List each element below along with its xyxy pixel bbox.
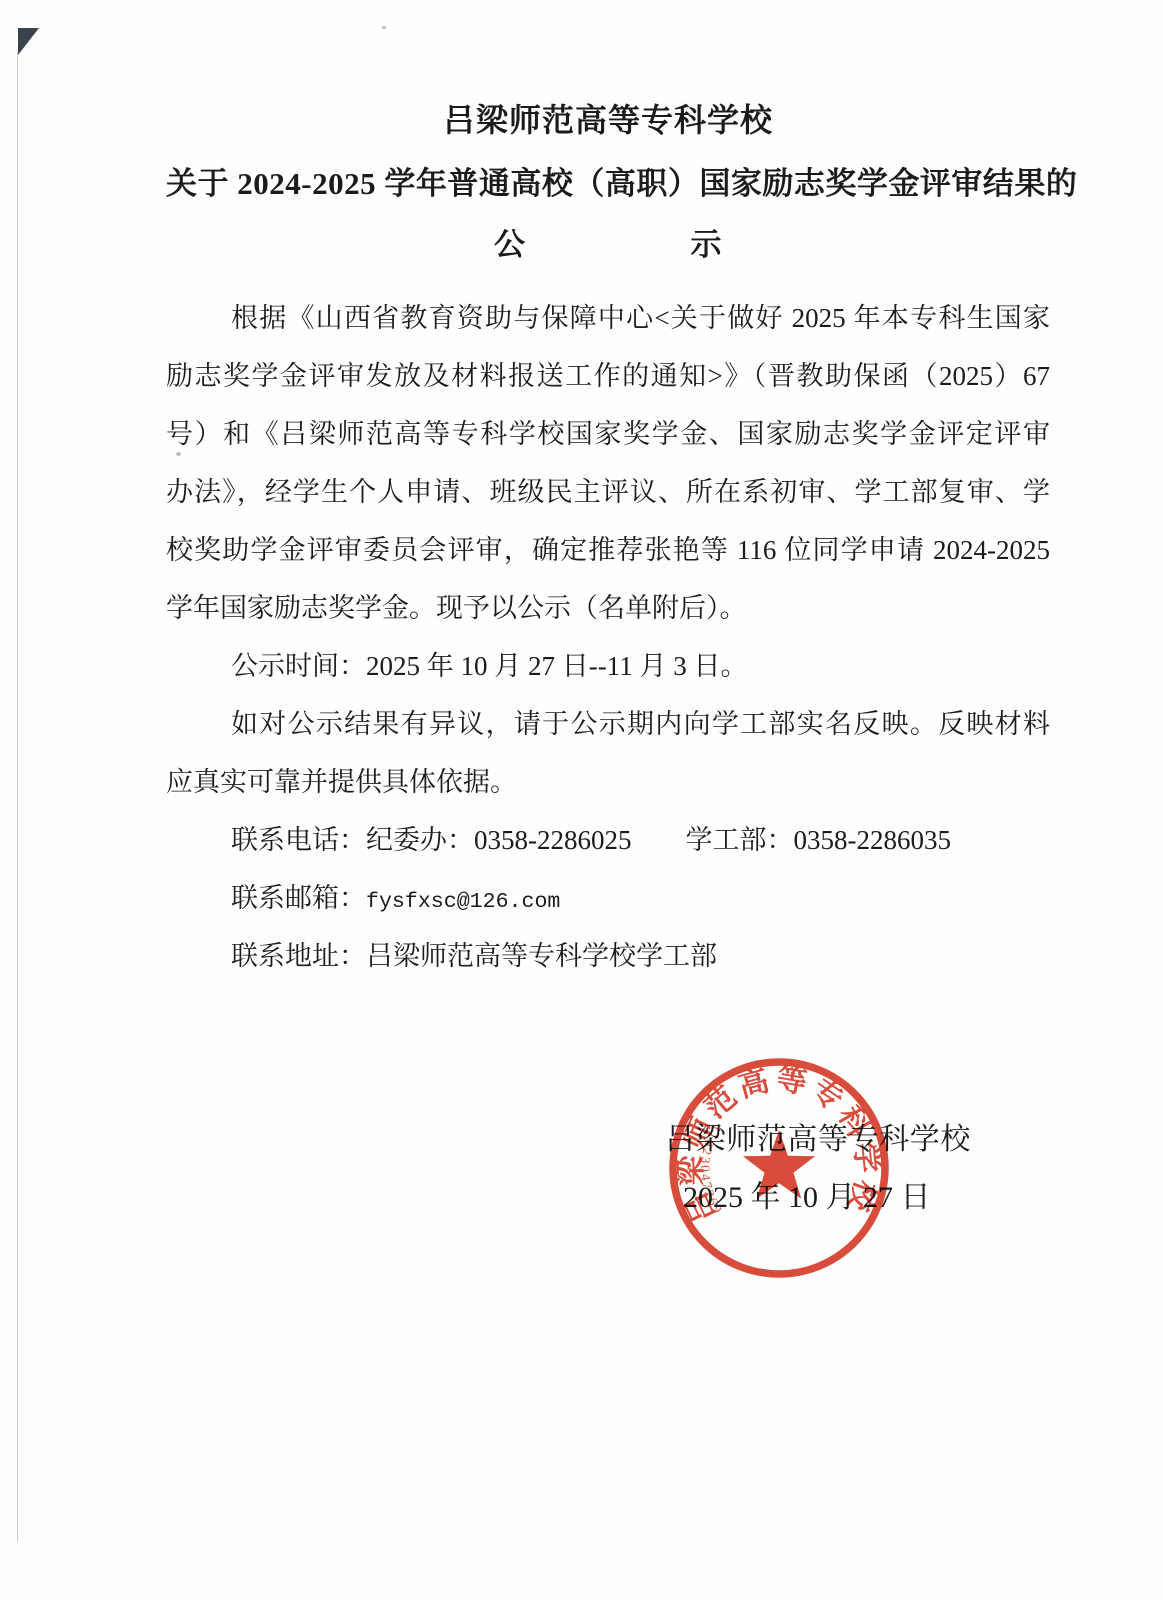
doc-title-gongshi-right: 示 (691, 227, 723, 262)
scan-speck (176, 452, 181, 456)
document-line: 如对公示结果有异议，请于公示期内向学工部实名反映。反映材料 (166, 707, 1050, 741)
document-line: 联系地址：吕梁师范高等专科学校学工部 (166, 939, 1050, 973)
doc-title-gongshi-left: 公 (494, 227, 526, 262)
document-line: 励志奖学金评审发放及材料报送工作的通知>》（晋教助保函（2025）67 (166, 359, 1050, 393)
document-line: 办法》，经学生个人申请、班级民主评议、所在系初审、学工部复审、学 (166, 475, 1050, 509)
doc-title-gongshi: 公示 (166, 223, 1050, 267)
scan-speck (382, 26, 386, 29)
seal-star (743, 1130, 815, 1199)
document-line: 校奖助学金评审委员会评审，确定推荐张艳等 116 位同学申请 2024-2025 (166, 533, 1050, 567)
document-line: 应真实可靠并提供具体依据。 (166, 765, 1050, 799)
document-line: 联系邮箱：fysfxsc@126.com (166, 881, 1050, 915)
scan-corner-mark (18, 28, 39, 55)
document-line: 号）和《吕梁师范高等专科学校国家奖学金、国家励志奖学金评定评审 (166, 417, 1050, 451)
document-line: 学年国家励志奖学金。现予以公示（名单附后）。 (166, 591, 1050, 625)
document-line-value: fysfxsc@126.com (366, 890, 560, 914)
document-line-label: 联系邮箱： (231, 883, 366, 913)
official-seal: 吕梁师范高等专科学校 11023047269 (659, 1048, 899, 1288)
document-page: 吕梁师范高等专科学校 关于 2024-2025 学年普通高校（高职）国家励志奖学… (0, 0, 1163, 1600)
document-line: 联系电话：纪委办：0358-2286025 学工部：0358-2286035 (166, 823, 1050, 857)
doc-title-school: 吕梁师范高等专科学校 (166, 98, 1050, 142)
doc-title-subject: 关于 2024-2025 学年普通高校（高职）国家励志奖学金评审结果的 (166, 162, 1050, 206)
scan-edge-line (17, 52, 18, 1542)
document-line: 根据《山西省教育资助与保障中心<关于做好 2025 年本专科生国家 (166, 301, 1050, 335)
document-line: 公示时间：2025 年 10 月 27 日--11 月 3 日。 (166, 649, 1050, 683)
